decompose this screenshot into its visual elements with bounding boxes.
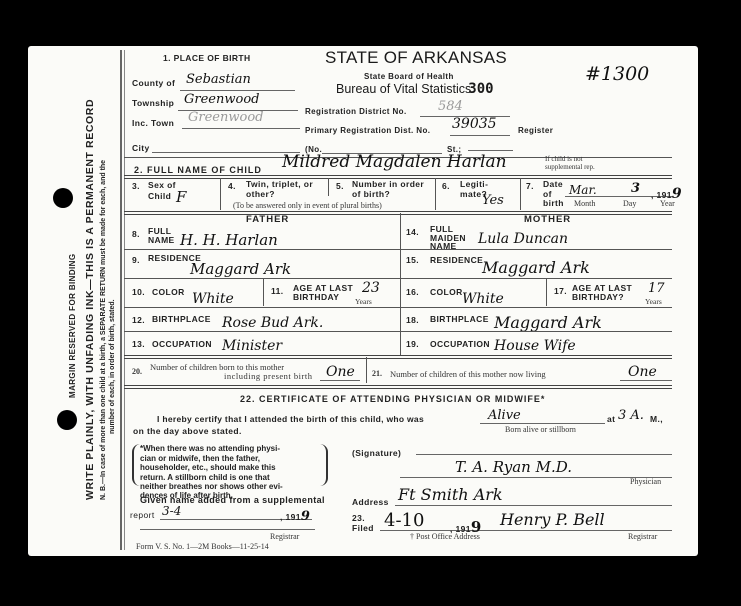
- footnote-line: cian or midwife, then the father,: [140, 454, 320, 464]
- place-of-birth-heading: 1. PLACE OF BIRTH: [163, 53, 251, 63]
- sex-num: 3.: [132, 181, 140, 191]
- footnote-line: return. A stillborn child is one that: [140, 473, 320, 483]
- father-color-label: COLOR: [152, 287, 185, 297]
- mother-color-label: COLOR: [430, 287, 463, 297]
- dob-day[interactable]: 3: [631, 181, 640, 196]
- mother-color-value[interactable]: White: [462, 291, 504, 307]
- filed-label: Filed: [352, 523, 374, 533]
- children-born-label-2: including present birth: [224, 371, 312, 381]
- mother-birthplace-label: BIRTHPLACE: [430, 314, 489, 324]
- certify-text: I hereby certify that I attended the bir…: [157, 414, 424, 424]
- binding-hole-top: [53, 188, 73, 208]
- mother-age-value[interactable]: 17: [648, 281, 665, 296]
- certificate-heading: 22. CERTIFICATE OF ATTENDING PHYSICIAN O…: [240, 394, 545, 404]
- child-name-value[interactable]: Mildred Magdalen Harlan: [282, 152, 507, 172]
- margin-divider: [120, 50, 122, 550]
- father-age-value[interactable]: 23: [362, 280, 380, 296]
- bureau-label: Bureau of Vital Statistics: [336, 82, 471, 96]
- dob-month[interactable]: Mar.: [569, 183, 597, 197]
- mother-heading: MOTHER: [524, 214, 571, 225]
- child-name-note-1: If child is not: [545, 155, 583, 163]
- mother-residence-value[interactable]: Maggard Ark: [482, 258, 590, 277]
- m-label: M.,: [650, 414, 663, 424]
- sex-value[interactable]: F: [176, 188, 186, 206]
- father-years-caption: Years: [355, 297, 372, 306]
- margin-permanent-record: WRITE PLAINLY, WITH UNFADING INK—THIS IS…: [84, 99, 96, 500]
- mother-occupation-label: OCCUPATION: [430, 339, 490, 349]
- children-living-label: Number of children of this mother now li…: [390, 369, 546, 379]
- margin-divider-2: [124, 50, 125, 550]
- mother-birthplace-value[interactable]: Maggard Ark: [494, 313, 602, 332]
- margin-nb-line2: number of each, in order of birth, state…: [108, 299, 118, 434]
- dob-num: 7.: [526, 181, 534, 191]
- mother-residence-num: 15.: [406, 255, 419, 265]
- county-value[interactable]: Sebastian: [186, 72, 251, 87]
- day-caption: Day: [623, 199, 636, 208]
- father-occupation-value[interactable]: Minister: [222, 338, 282, 354]
- binding-hole-bottom: [57, 410, 77, 430]
- father-birthplace-value[interactable]: Rose Bud Ark.: [222, 315, 323, 331]
- report-label: report: [130, 510, 155, 520]
- father-name-num: 8.: [132, 229, 140, 239]
- father-residence-value[interactable]: Maggard Ark: [190, 260, 291, 278]
- registration-district-value[interactable]: 584: [438, 99, 463, 114]
- child-name-label: 2. FULL NAME OF CHILD: [134, 165, 262, 175]
- children-living-value[interactable]: One: [628, 364, 657, 380]
- footnote-line: *When there was no attending physi-: [140, 444, 320, 454]
- form-number: Form V. S. No. 1—2M Books—11-25-14: [136, 542, 269, 551]
- mother-occupation-value[interactable]: House Wife: [494, 338, 576, 354]
- footnote-box: *When there was no attending physi- cian…: [132, 444, 328, 486]
- father-occupation-num: 13.: [132, 339, 145, 349]
- register-label: Register: [518, 126, 553, 135]
- day-stated: on the day above stated.: [133, 426, 242, 436]
- child-name-note-2: supplemental rep.: [545, 163, 595, 171]
- city-label: City: [132, 143, 150, 153]
- mother-color-num: 16.: [406, 287, 419, 297]
- post-office-caption: † Post Office Address: [410, 532, 480, 541]
- twin-label: Twin, triplet, or other?: [246, 180, 316, 199]
- signature-label: (Signature): [352, 448, 401, 458]
- time-value[interactable]: 3 A.: [618, 408, 644, 423]
- state-title: STATE OF ARKANSAS: [325, 48, 507, 68]
- registration-district-label: Registration District No.: [305, 107, 407, 116]
- board-of-health: State Board of Health: [364, 72, 454, 81]
- township-value[interactable]: Greenwood: [184, 92, 259, 107]
- file-number: #1300: [585, 63, 649, 85]
- father-occupation-label: OCCUPATION: [152, 339, 212, 349]
- address-label: Address: [352, 497, 389, 507]
- registrar-caption: Registrar: [628, 532, 657, 541]
- father-color-num: 10.: [132, 287, 145, 297]
- father-color-value[interactable]: White: [192, 291, 234, 307]
- registrar-caption-left: Registrar: [270, 532, 299, 541]
- father-heading: FATHER: [246, 214, 289, 225]
- mother-name-value[interactable]: Lula Duncan: [478, 231, 568, 247]
- report-year: , 1919: [280, 509, 310, 524]
- father-age-label: AGE AT LAST BIRTHDAY: [293, 284, 363, 302]
- alive-caption: Born alive or stillborn: [505, 425, 576, 434]
- stamp-number: 300: [468, 81, 493, 97]
- address-value[interactable]: Ft Smith Ark: [398, 485, 503, 504]
- children-born-value[interactable]: One: [326, 364, 355, 380]
- footnote-line: householder, etc., should make this: [140, 463, 320, 473]
- father-birthplace-label: BIRTHPLACE: [152, 314, 211, 324]
- children-living-num: 21.: [372, 369, 382, 378]
- legit-value[interactable]: Yes: [482, 193, 504, 208]
- primary-registration-value[interactable]: 39035: [452, 116, 497, 132]
- month-caption: Month: [574, 199, 595, 208]
- order-label: Number in order of birth?: [352, 180, 432, 199]
- county-label: County of: [132, 78, 175, 88]
- mother-years-caption: Years: [645, 297, 662, 306]
- physician-caption: Physician: [630, 477, 661, 486]
- twin-num: 4.: [228, 181, 236, 191]
- father-residence-num: 9.: [132, 255, 140, 265]
- at-label: at: [607, 414, 615, 424]
- children-born-num: 20.: [132, 367, 142, 376]
- order-num: 5.: [336, 181, 344, 191]
- mother-birthplace-num: 18.: [406, 315, 419, 325]
- mother-age-num: 17.: [554, 286, 567, 296]
- inc-town-value[interactable]: Greenwood: [188, 110, 263, 125]
- signature-value[interactable]: T. A. Ryan M.D.: [455, 458, 572, 476]
- mother-occupation-num: 19.: [406, 339, 419, 349]
- registrar-value[interactable]: Henry P. Bell: [500, 510, 605, 529]
- mother-name-label: FULL MAIDEN NAME: [430, 225, 470, 251]
- mother-name-num: 14.: [406, 227, 419, 237]
- plural-birth-note: (To be answered only in event of plural …: [233, 201, 382, 210]
- mother-age-label: AGE AT LAST BIRTHDAY?: [572, 284, 644, 302]
- year-caption: Year: [660, 199, 675, 208]
- father-age-num: 11.: [271, 286, 284, 296]
- filed-num: 23.: [352, 513, 365, 523]
- inc-town-label: Inc. Town: [132, 118, 174, 128]
- report-value[interactable]: 3-4: [162, 504, 181, 518]
- legit-num: 6.: [442, 181, 450, 191]
- father-name-value[interactable]: H. H. Harlan: [180, 231, 278, 249]
- margin-binding-note: MARGIN RESERVED FOR BINDING: [68, 254, 77, 398]
- township-label: Township: [132, 98, 174, 108]
- alive-value[interactable]: Alive: [488, 408, 521, 423]
- father-birthplace-num: 12.: [132, 315, 145, 325]
- primary-registration-label: Primary Registration Dist. No.: [305, 126, 430, 135]
- father-name-label: FULL NAME: [148, 227, 178, 245]
- bureau-title: Bureau of Vital Statistics300: [336, 81, 494, 97]
- mother-residence-label: RESIDENCE: [430, 255, 483, 265]
- report-year-suffix[interactable]: 9: [301, 509, 310, 524]
- filed-value[interactable]: 4-10: [384, 510, 424, 531]
